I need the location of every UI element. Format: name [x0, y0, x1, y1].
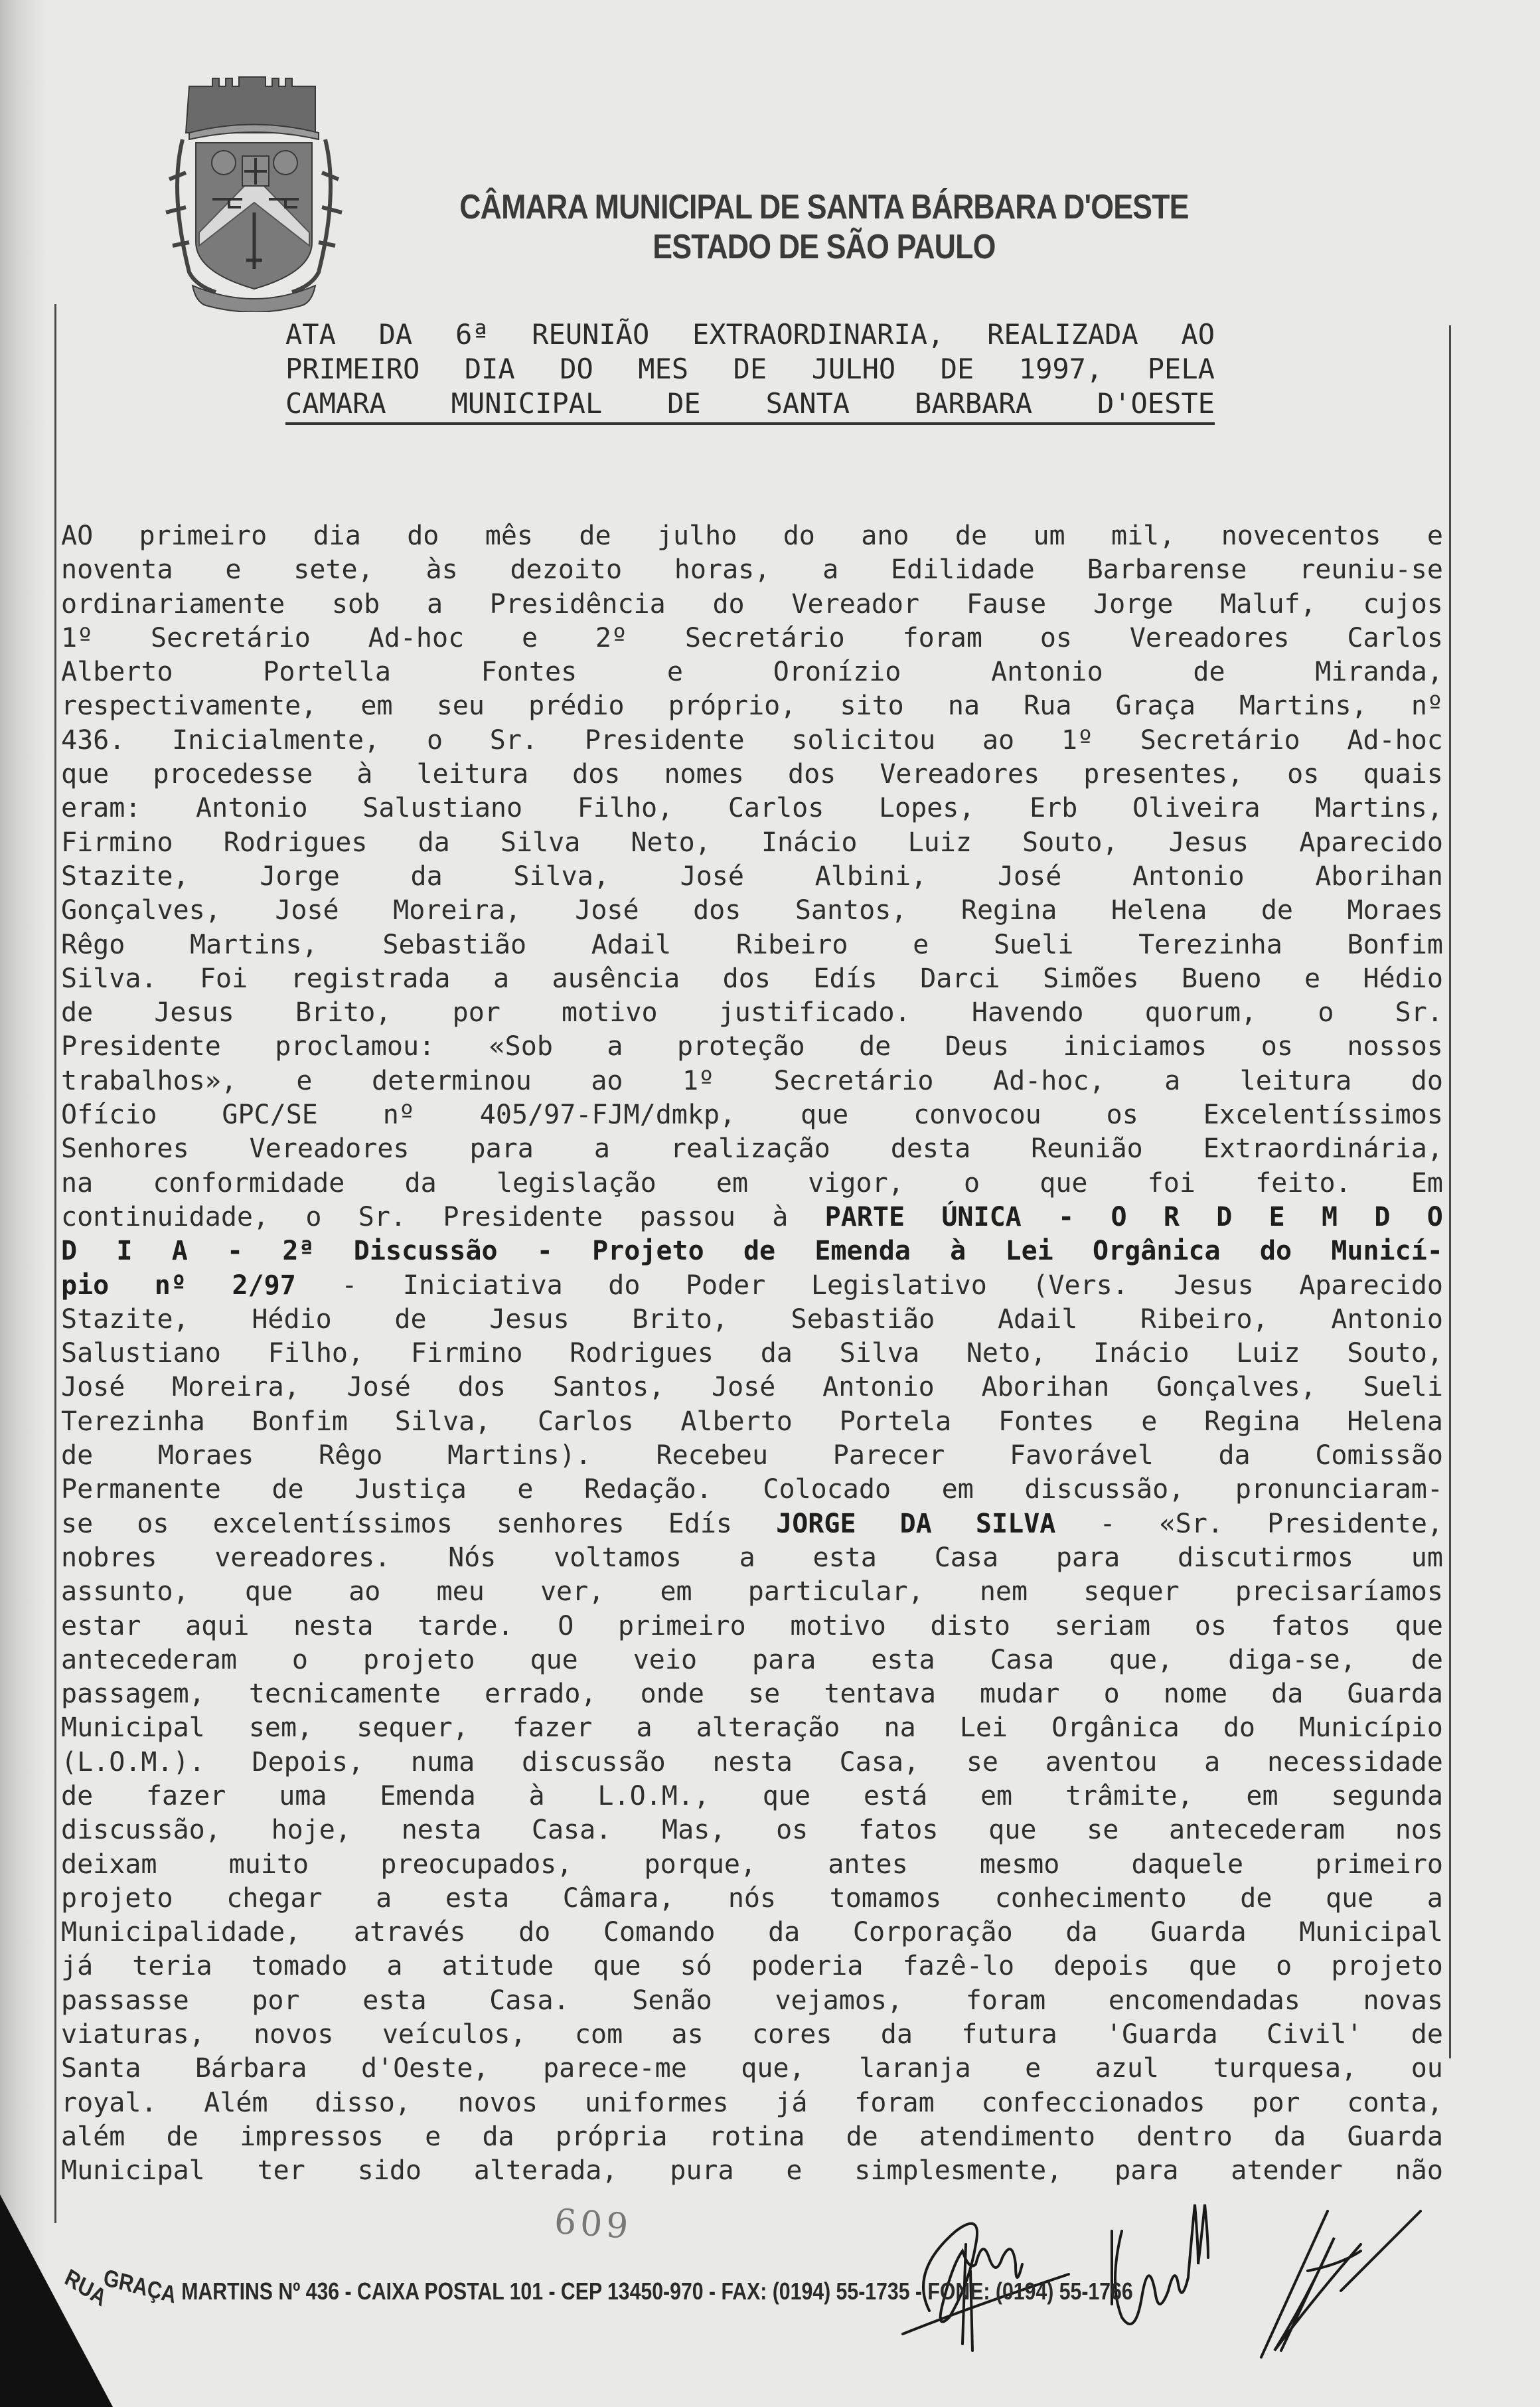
body-line: defazerumaEmendaàL.O.M.,queestáemtrâmite… [61, 1780, 1443, 1813]
body-line: royal.Alémdisso,novosuniformesjáforamcon… [61, 2086, 1443, 2120]
body-line: pionº2/97-IniciativadoPoderLegislativo(V… [61, 1269, 1443, 1303]
body-line: trabalhos»,edeterminouao1ºSecretárioAd-h… [61, 1064, 1443, 1098]
institution-name: CÂMARA MUNICIPAL DE SANTA BÁRBARA D'OEST… [116, 187, 1440, 227]
body-line: passasseporestaCasa.Senãovejamos,foramen… [61, 1984, 1443, 2018]
body-line: 1ºSecretárioAd-hoce2ºSecretárioforamosVe… [61, 622, 1443, 655]
body-line: Stazite,JorgedaSilva,JoséAlbini,JoséAnto… [61, 860, 1443, 894]
body-line: deJesusBrito,pormotivojustificado.Havend… [61, 996, 1443, 1030]
body-line: ordinariamentesobaPresidênciadoVereadorF… [61, 588, 1443, 622]
body-line: viaturas,novosveículos,comascoresdafutur… [61, 2018, 1443, 2052]
body-line: assunto,queaomeuver,emparticular,nemsequ… [61, 1575, 1443, 1609]
body-line: projetochegaraestaCâmara,nóstomamosconhe… [61, 1882, 1443, 1916]
body-line: PermanentedeJustiçaeRedação.Colocadoemdi… [61, 1473, 1443, 1507]
state-name: ESTADO DE SÃO PAULO [116, 227, 1440, 267]
minutes-title: ATADA6ªREUNIÃOEXTRAORDINARIA,REALIZADAAO… [285, 317, 1215, 425]
footer-address: RUA GRAÇA MARTINS Nº 436 - CAIXA POSTAL … [53, 2278, 1235, 2305]
body-line: RêgoMartins,SebastiãoAdailRibeiroeSueliT… [61, 928, 1443, 962]
body-line: 436.Inicialmente,oSr.Presidentesolicitou… [61, 724, 1443, 758]
page-edge-shadow [0, 0, 46, 2407]
body-line: estaraquinestatarde.Oprimeiromotivodisto… [61, 1610, 1443, 1643]
right-margin-rule [1449, 325, 1451, 2058]
body-line: noventaesete,àsdezoitohoras,aEdilidadeBa… [61, 553, 1443, 587]
body-line: Presidenteproclamou:«SobaproteçãodeDeusi… [61, 1030, 1443, 1064]
title-line: ATADA6ªREUNIÃOEXTRAORDINARIA,REALIZADAAO [285, 317, 1215, 352]
body-line: FirminoRodriguesdaSilvaNeto,InácioLuizSo… [61, 826, 1443, 860]
body-line: SantaBárbarad'Oeste,parece-meque,laranja… [61, 2052, 1443, 2086]
footer-street-prefix-2: GRAÇA [102, 2264, 179, 2309]
body-line: DIA-2ªDiscussão-ProjetodeEmendaàLeiOrgân… [61, 1234, 1443, 1268]
body-line: AOprimeirodiadomêsdejulhodoanodeummil,no… [61, 519, 1443, 553]
body-line: AlbertoPortellaFonteseOronízioAntoniodeM… [61, 655, 1443, 689]
title-line: PRIMEIRODIADOMESDEJULHODE1997,PELA [285, 352, 1215, 386]
body-line: OfícioGPC/SEnº405/97-FJM/dmkp,queconvoco… [61, 1098, 1443, 1132]
title-line: CAMARAMUNICIPALDESANTABARBARAD'OESTE [285, 386, 1215, 425]
body-line: (L.O.M.).Depois,numadiscussãonestaCasa,s… [61, 1746, 1443, 1780]
body-line: nobresvereadores.NósvoltamosaestaCasapar… [61, 1541, 1443, 1575]
body-line: Gonçalves,JoséMoreira,JosédosSantos,Regi… [61, 894, 1443, 928]
body-line: eram:AntonioSalustianoFilho,CarlosLopes,… [61, 791, 1443, 825]
body-line: respectivamente,emseuprédiopróprio,siton… [61, 689, 1443, 723]
body-line: SenhoresVereadoresparaarealizaçãodestaRe… [61, 1132, 1443, 1166]
body-line: discussão,hoje,nestaCasa.Mas,osfatosques… [61, 1813, 1443, 1847]
body-line: Municipaltersidoalterada,puraesimplesmen… [61, 2154, 1443, 2188]
body-line: alémdeimpressosedaprópriarotinadeatendim… [61, 2120, 1443, 2154]
body-line: naconformidadedalegislaçãoemvigor,oquefo… [61, 1167, 1443, 1201]
body-line: passagem,tecnicamenteerrado,ondesetentav… [61, 1677, 1443, 1711]
body-line: Silva.FoiregistradaaausênciadosEdísDarci… [61, 962, 1443, 996]
body-line: antecederamoprojetoqueveioparaestaCasaqu… [61, 1643, 1443, 1677]
minutes-body: AOprimeirodiadomêsdejulhodoanodeummil,no… [61, 519, 1443, 2189]
left-margin-rule [54, 304, 56, 2223]
body-line: JoséMoreira,JosédosSantos,JoséAntonioAbo… [61, 1370, 1443, 1404]
body-line: Municipalidade,atravésdoComandodaCorpora… [61, 1916, 1443, 1950]
handwritten-page-number: 609 [553, 2202, 633, 2247]
footer-contact-line: MARTINS Nº 436 - CAIXA POSTAL 101 - CEP … [181, 2278, 1132, 2305]
body-line: deMoraesRêgoMartins).RecebeuParecerFavor… [61, 1439, 1443, 1473]
body-line: Stazite,HédiodeJesusBrito,SebastiãoAdail… [61, 1303, 1443, 1337]
body-line: continuidade,oSr.PresidentepassouàPARTEÚ… [61, 1201, 1443, 1234]
body-line: queprocedesseàleituradosnomesdosVereador… [61, 758, 1443, 791]
body-line: játeriatomadoaatitudequesópoderiafazê-lo… [61, 1950, 1443, 1983]
body-line: TerezinhaBonfimSilva,CarlosAlbertoPortel… [61, 1405, 1443, 1439]
body-line: seosexcelentíssimossenhoresEdísJORGEDASI… [61, 1507, 1443, 1541]
body-line: deixammuitopreocupados,porque,antesmesmo… [61, 1848, 1443, 1882]
body-line: SalustianoFilho,FirminoRodriguesdaSilvaN… [61, 1337, 1443, 1370]
body-line: Municipalsem,sequer,fazeraalteraçãonaLei… [61, 1711, 1443, 1745]
